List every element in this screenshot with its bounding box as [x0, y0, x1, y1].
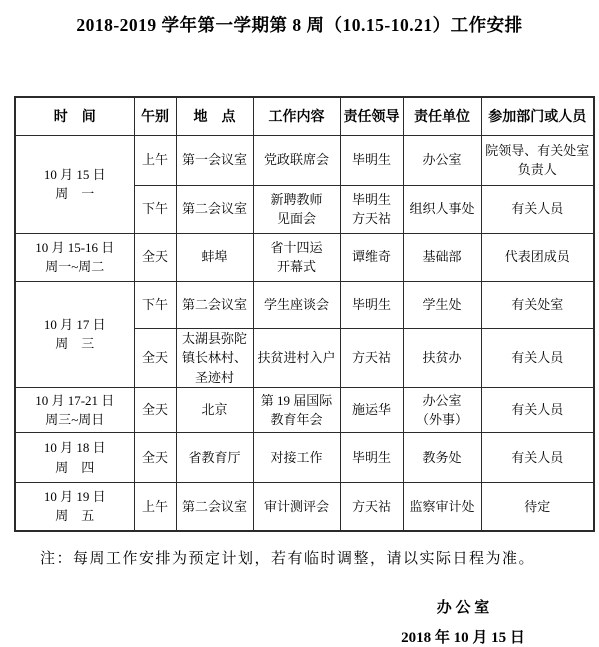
table-row: 10 月 18 日 周 四 全天 省教育厅 对接工作 毕明生 教务处 有关人员 [15, 433, 594, 483]
signature-block: 办 公 室 2018 年 10 月 15 日 [363, 593, 563, 647]
content-cell: 扶贫进村入户 [253, 328, 340, 388]
session-cell: 全天 [134, 328, 176, 388]
time-cell: 10 月 17 日 周 三 [15, 281, 134, 388]
participants-cell: 院领导、有关处室 负责人 [481, 135, 594, 185]
place-cell: 北京 [176, 388, 253, 433]
unit-cell: 办公室 [403, 135, 481, 185]
place-cell: 第一会议室 [176, 135, 253, 185]
leader-cell: 毕明生 [340, 281, 403, 328]
leader-cell: 毕明生 [340, 135, 403, 185]
session-cell: 下午 [134, 281, 176, 328]
participants-cell: 有关人员 [481, 328, 594, 388]
content-cell: 省十四运 开幕式 [253, 233, 340, 281]
table-row: 10 月 17-21 日 周三~周日 全天 北京 第 19 届国际 教育年会 施… [15, 388, 594, 433]
leader-cell: 毕明生 [340, 433, 403, 483]
table-row: 10 月 15 日 周 一 上午 第一会议室 党政联席会 毕明生 办公室 院领导… [15, 135, 594, 185]
signature-office: 办 公 室 [363, 593, 563, 623]
time-cell: 10 月 17-21 日 周三~周日 [15, 388, 134, 433]
session-cell: 下午 [134, 185, 176, 233]
place-cell: 太湖县弥陀 镇长林村、 圣迹村 [176, 328, 253, 388]
time-cell: 10 月 15 日 周 一 [15, 135, 134, 233]
signature-date: 2018 年 10 月 15 日 [363, 623, 563, 647]
leader-cell: 毕明生 方天祜 [340, 185, 403, 233]
session-cell: 上午 [134, 483, 176, 531]
unit-cell: 监察审计处 [403, 483, 481, 531]
table-row: 10 月 17 日 周 三 下午 第二会议室 学生座谈会 毕明生 学生处 有关处… [15, 281, 594, 328]
footnote: 注：每周工作安排为预定计划，若有临时调整，请以实际日程为准。 [40, 547, 579, 568]
content-cell: 审计测评会 [253, 483, 340, 531]
session-cell: 全天 [134, 388, 176, 433]
column-header-leader: 责任领导 [340, 97, 403, 135]
participants-cell: 代表团成员 [481, 233, 594, 281]
participants-cell: 有关人员 [481, 433, 594, 483]
place-cell: 第二会议室 [176, 185, 253, 233]
content-cell: 对接工作 [253, 433, 340, 483]
leader-cell: 方天祜 [340, 328, 403, 388]
time-cell: 10 月 18 日 周 四 [15, 433, 134, 483]
leader-cell: 谭维奇 [340, 233, 403, 281]
unit-cell: 基础部 [403, 233, 481, 281]
column-header-content: 工作内容 [253, 97, 340, 135]
session-cell: 全天 [134, 433, 176, 483]
table-row: 10 月 15-16 日 周一~周二 全天 蚌埠 省十四运 开幕式 谭维奇 基础… [15, 233, 594, 281]
column-header-time: 时 间 [15, 97, 134, 135]
session-cell: 全天 [134, 233, 176, 281]
session-cell: 上午 [134, 135, 176, 185]
table-header-row: 时 间 午别 地 点 工作内容 责任领导 责任单位 参加部门或人员 [15, 97, 594, 135]
column-header-place: 地 点 [176, 97, 253, 135]
participants-cell: 有关人员 [481, 185, 594, 233]
unit-cell: 学生处 [403, 281, 481, 328]
document-title: 2018-2019 学年第一学期第 8 周（10.15-10.21）工作安排 [0, 0, 599, 37]
place-cell: 蚌埠 [176, 233, 253, 281]
place-cell: 第二会议室 [176, 483, 253, 531]
column-header-unit: 责任单位 [403, 97, 481, 135]
participants-cell: 有关处室 [481, 281, 594, 328]
content-cell: 第 19 届国际 教育年会 [253, 388, 340, 433]
content-cell: 新聘教师 见面会 [253, 185, 340, 233]
time-cell: 10 月 19 日 周 五 [15, 483, 134, 531]
place-cell: 省教育厅 [176, 433, 253, 483]
unit-cell: 办公室 （外事） [403, 388, 481, 433]
leader-cell: 施运华 [340, 388, 403, 433]
participants-cell: 待定 [481, 483, 594, 531]
unit-cell: 组织人事处 [403, 185, 481, 233]
schedule-table: 时 间 午别 地 点 工作内容 责任领导 责任单位 参加部门或人员 10 月 1… [14, 96, 595, 532]
column-header-participants: 参加部门或人员 [481, 97, 594, 135]
content-cell: 党政联席会 [253, 135, 340, 185]
table-row: 10 月 19 日 周 五 上午 第二会议室 审计测评会 方天祜 监察审计处 待… [15, 483, 594, 531]
unit-cell: 扶贫办 [403, 328, 481, 388]
leader-cell: 方天祜 [340, 483, 403, 531]
column-header-session: 午别 [134, 97, 176, 135]
time-cell: 10 月 15-16 日 周一~周二 [15, 233, 134, 281]
place-cell: 第二会议室 [176, 281, 253, 328]
participants-cell: 有关人员 [481, 388, 594, 433]
content-cell: 学生座谈会 [253, 281, 340, 328]
unit-cell: 教务处 [403, 433, 481, 483]
